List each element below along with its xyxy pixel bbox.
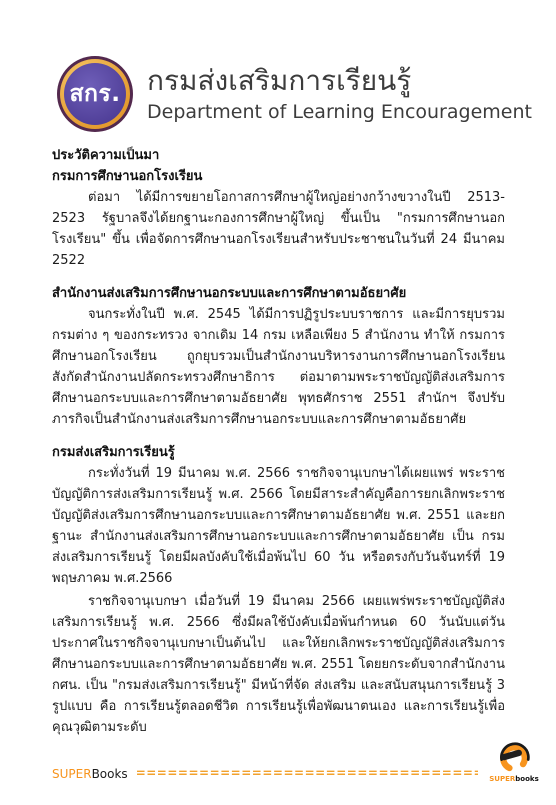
superbooks-logo-text: SUPERbooks bbox=[489, 775, 538, 783]
superbooks-logo-books: books bbox=[515, 775, 538, 783]
document-page: สกร. กรมส่งเสริมการเรียนรู้ Department o… bbox=[0, 0, 556, 805]
department-logo-gold-ring: สกร. bbox=[60, 59, 130, 129]
header-titles: กรมส่งเสริมการเรียนรู้ Department of Lea… bbox=[147, 65, 532, 122]
section-subheading: กรมการศึกษานอกโรงเรียน bbox=[52, 166, 505, 187]
superbooks-logo: SUPERbooks bbox=[486, 742, 542, 783]
footer-separator-line: ========================================… bbox=[136, 766, 478, 780]
department-title-thai: กรมส่งเสริมการเรียนรู้ bbox=[147, 65, 532, 97]
section-heading: กรมส่งเสริมการเรียนรู้ bbox=[52, 442, 505, 463]
superbooks-logo-super: SUPER bbox=[489, 775, 515, 783]
section-heading: ประวัติความเป็นมา bbox=[52, 145, 505, 166]
header: สกร. กรมส่งเสริมการเรียนรู้ Department o… bbox=[57, 56, 532, 132]
superbooks-swoosh-icon bbox=[495, 742, 533, 778]
footer-brand-books: Books bbox=[92, 767, 128, 781]
section-history: ประวัติความเป็นมา กรมการศึกษานอกโรงเรียน… bbox=[52, 145, 505, 271]
department-logo-abbreviation: สกร. bbox=[69, 76, 120, 112]
footer-brand-super: SUPER bbox=[52, 767, 92, 781]
department-logo-icon: สกร. bbox=[57, 56, 133, 132]
paragraph: จนกระทั่งในปี พ.ศ. 2545 ได้มีการปฏิรูประ… bbox=[52, 304, 505, 430]
department-logo-inner-circle: สกร. bbox=[64, 63, 126, 125]
paragraph: ราชกิจจานุเบกษา เมื่อวันที่ 19 มีนาคม 25… bbox=[52, 591, 505, 738]
paragraph: กระทั่งวันที่ 19 มีนาคม พ.ศ. 2566 ราชกิจ… bbox=[52, 463, 505, 589]
paragraph: ต่อมา ได้มีการขยายโอกาสการศึกษาผู้ใหญ่อย… bbox=[52, 187, 505, 271]
footer-brand: SUPERBooks bbox=[52, 767, 128, 783]
section-dole-department: กรมส่งเสริมการเรียนรู้ กระทั่งวันที่ 19 … bbox=[52, 442, 505, 738]
section-heading: สำนักงานส่งเสริมการศึกษานอกระบบและการศึก… bbox=[52, 283, 505, 304]
section-onie-office: สำนักงานส่งเสริมการศึกษานอกระบบและการศึก… bbox=[52, 283, 505, 430]
department-title-english: Department of Learning Encouragement bbox=[147, 101, 532, 123]
footer: SUPERBooks =============================… bbox=[52, 742, 542, 783]
document-content: ประวัติความเป็นมา กรมการศึกษานอกโรงเรียน… bbox=[52, 145, 505, 740]
